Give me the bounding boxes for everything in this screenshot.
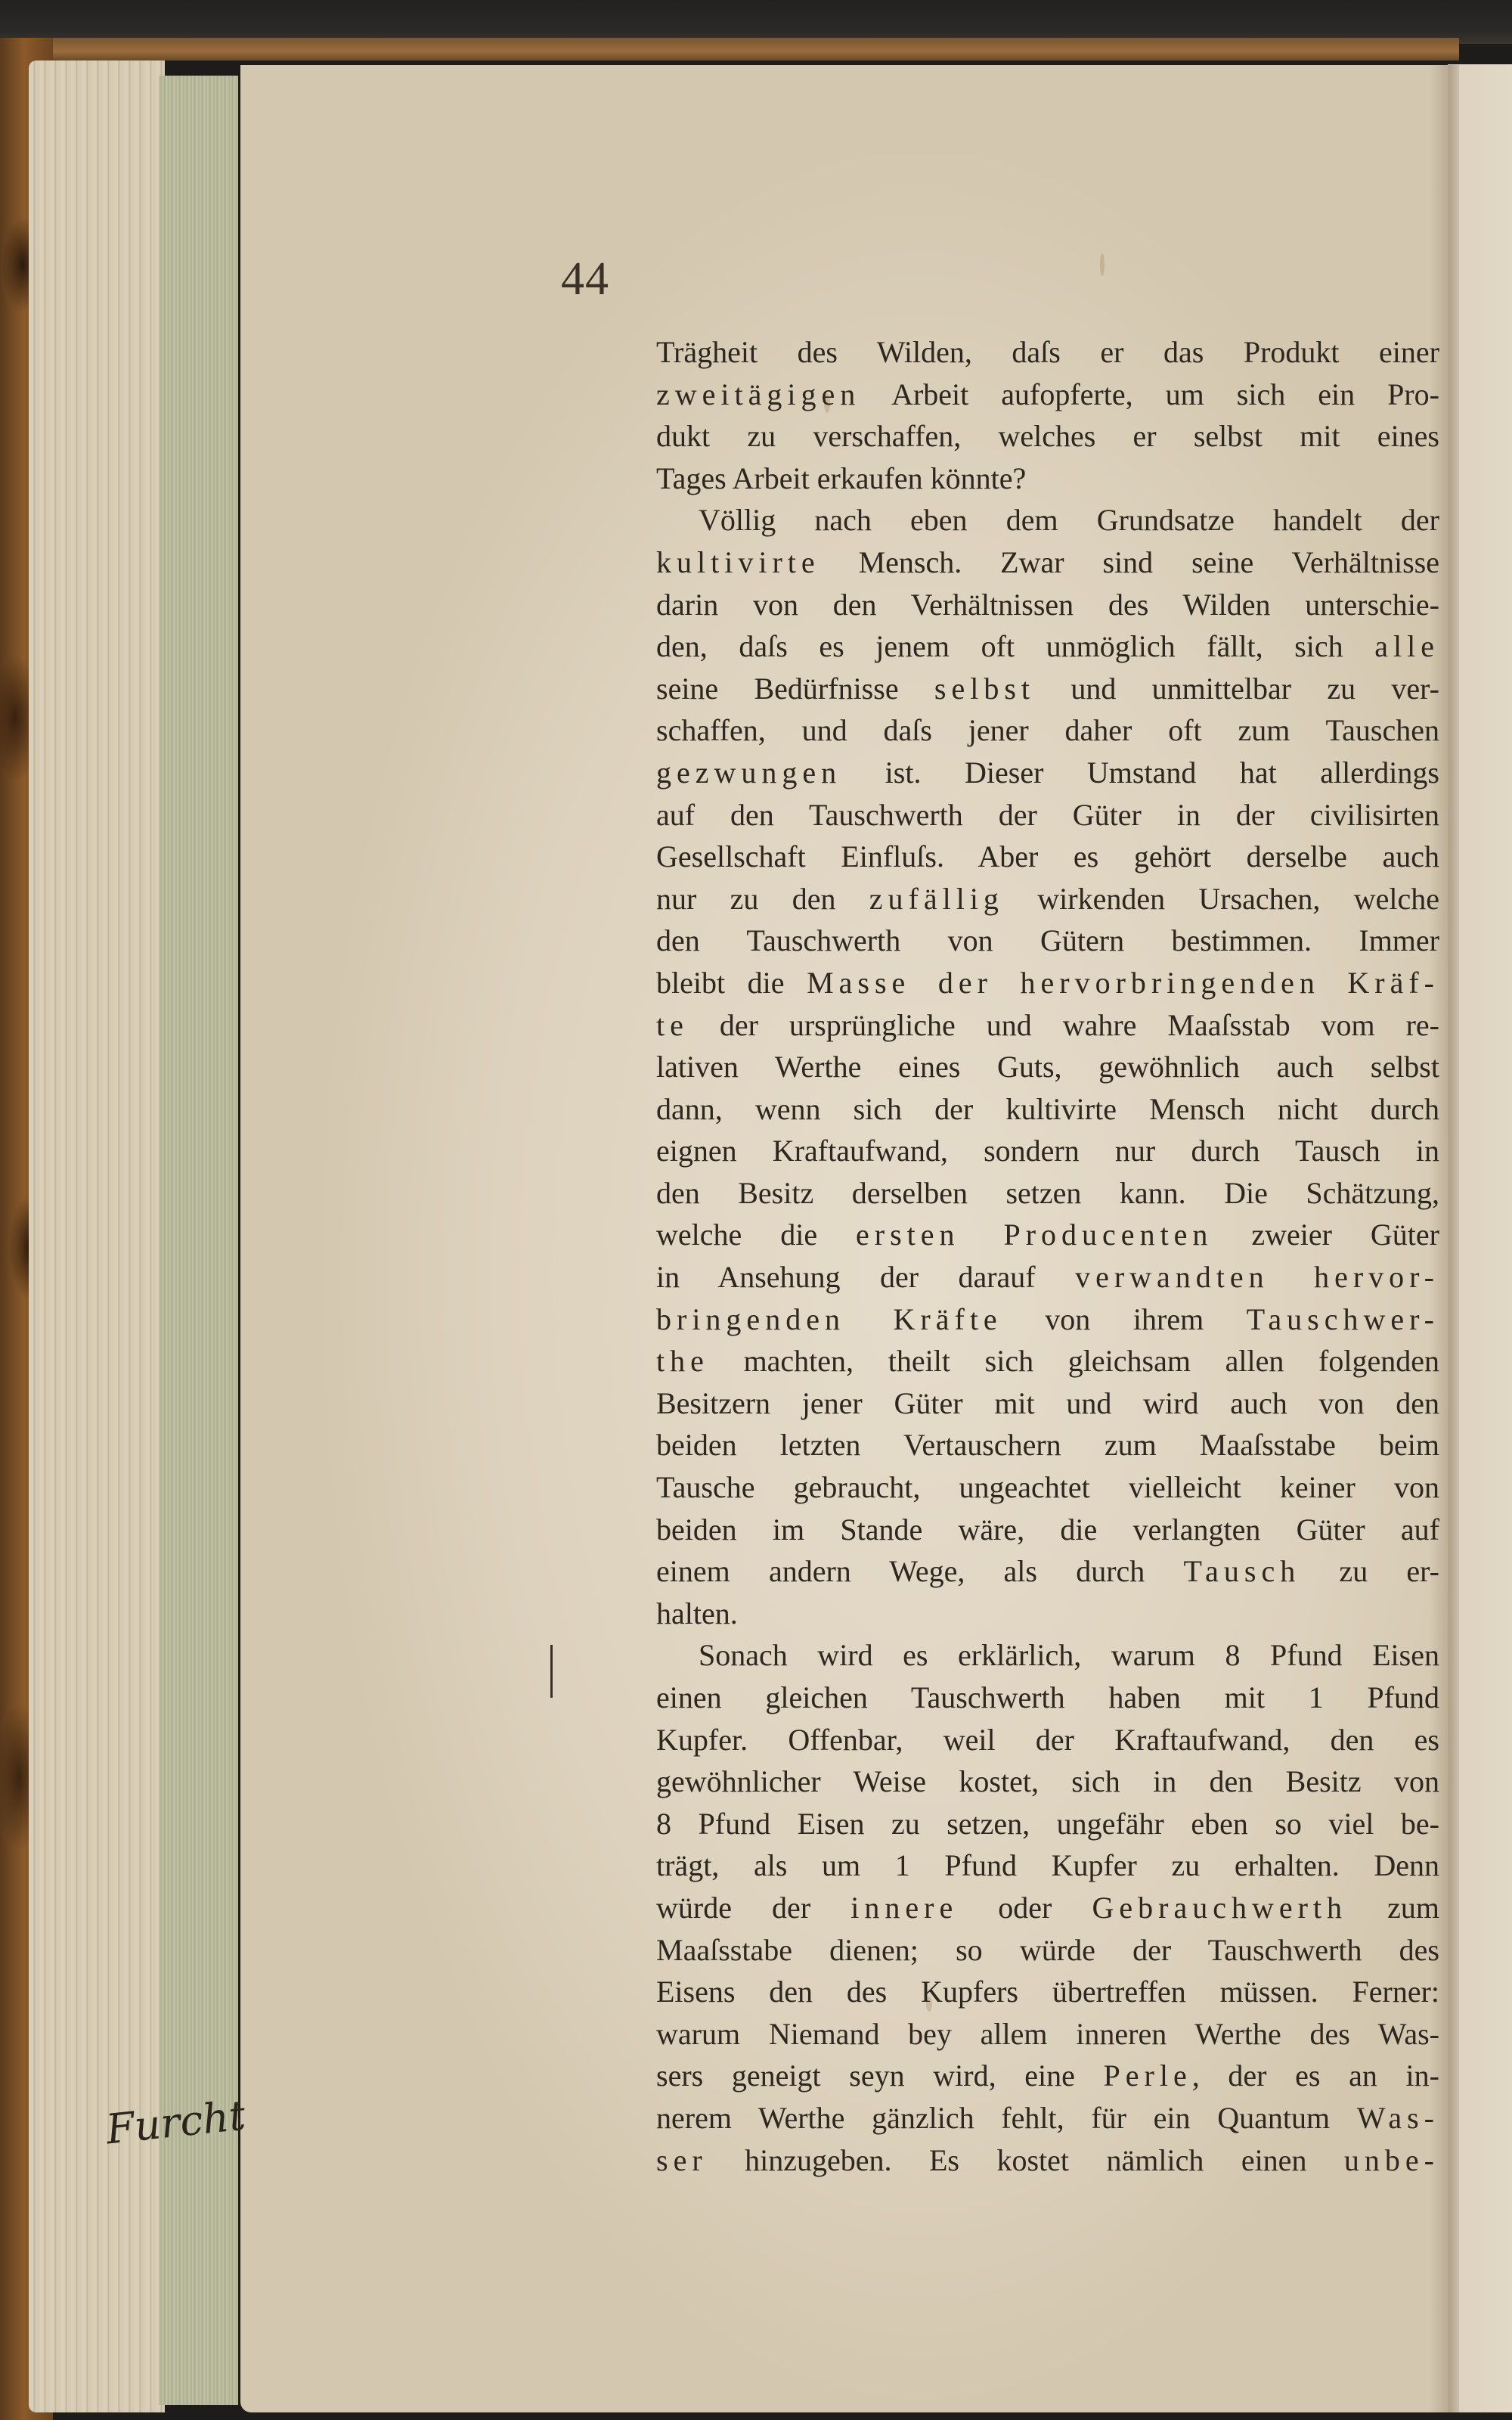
text-line: würde der innere oder Gebrauchwerth zum <box>656 1887 1439 1929</box>
text-segment: , der es an in- <box>1192 2059 1439 2093</box>
text-segment: nur zu den <box>656 882 869 916</box>
text-line: Maaſsstabe dienen; so würde der Tauschwe… <box>656 1929 1439 1972</box>
emphasized-text: Gebrauchwerth <box>1092 1891 1347 1925</box>
text-line: seine Bedürfnisse selbst und unmittelbar… <box>656 668 1439 710</box>
text-segment: Arbeit aufopferte, um sich ein Pro- <box>860 377 1439 411</box>
page-stack-edges <box>29 60 165 2412</box>
text-line: einem andern Wege, als durch Tausch zu e… <box>656 1550 1439 1593</box>
text-segment: zu er- <box>1300 1554 1439 1588</box>
text-segment: von ihrem <box>1002 1302 1247 1336</box>
text-line: beiden letzten Vertauschern zum Maaſssta… <box>656 1424 1439 1466</box>
text-segment: sers geneigt seyn wird, eine <box>656 2059 1104 2093</box>
text-line: Sonach wird es erklärlich, warum 8 Pfund… <box>656 1634 1439 1677</box>
text-line: auf den Tauschwerth der Güter in der civ… <box>656 794 1439 836</box>
text-segment: den, daſs es jenem oft unmöglich fällt, … <box>656 629 1374 663</box>
paper-fleck <box>1100 253 1105 276</box>
text-line: Eisens den des Kupfers übertreffen müsse… <box>656 1971 1439 2013</box>
text-line: den, daſs es jenem oft unmöglich fällt, … <box>656 625 1439 668</box>
text-line: in Ansehung der darauf verwandten hervor… <box>656 1256 1439 1298</box>
text-line: Trägheit des Wilden, daſs er das Produkt… <box>656 331 1439 374</box>
emphasized-text: verwandten hervor- <box>1075 1260 1439 1294</box>
text-segment: seine Bedürfnisse <box>656 672 934 706</box>
text-line: Gesellschaft Einfluſs. Aber es gehört de… <box>656 836 1439 878</box>
green-page-edges <box>159 76 238 2405</box>
text-segment: der ursprüngliche und wahre Maaſsstab vo… <box>689 1008 1439 1042</box>
text-segment: wirkenden Ursachen, welche <box>1004 882 1439 916</box>
text-segment: und unmittelbar zu ver- <box>1035 672 1439 706</box>
text-line: Völlig nach eben dem Grundsatze handelt … <box>656 499 1439 541</box>
text-line: kultivirte Mensch. Zwar sind seine Verhä… <box>656 541 1439 584</box>
emphasized-text: Tauschwer- <box>1247 1302 1439 1336</box>
emphasized-text: alle <box>1374 629 1439 663</box>
text-segment: hinzugeben. Es kostet nämlich einen <box>708 2143 1344 2177</box>
text-line: bleibt die Masse der hervorbringenden Kr… <box>656 962 1439 1004</box>
text-line: dukt zu verschaffen, welches er selbst m… <box>656 415 1439 458</box>
text-line: trägt, als um 1 Pfund Kupfer zu erhalten… <box>656 1844 1439 1887</box>
text-line: Besitzern jener Güter mit und wird auch … <box>656 1382 1439 1425</box>
text-line: bringenden Kräfte von ihrem Tauschwer- <box>656 1298 1439 1341</box>
margin-pencil-mark <box>550 1645 553 1698</box>
text-line: Tages Arbeit erkaufen könnte? <box>656 458 1439 500</box>
book-board-top-edge <box>0 38 1459 60</box>
text-segment: oder <box>958 1891 1092 1925</box>
text-line: darin von den Verhältnissen des Wilden u… <box>656 584 1439 626</box>
text-line: gewöhnlicher Weise kostet, sich in den B… <box>656 1761 1439 1803</box>
text-segment: zum <box>1347 1891 1439 1925</box>
text-segment: zweier Güter <box>1213 1218 1439 1252</box>
text-segment: einem andern Wege, als durch <box>656 1554 1184 1588</box>
text-line: nerem Werthe gänzlich fehlt, für ein Qua… <box>656 2097 1439 2139</box>
text-line: 8 Pfund Eisen zu setzen, ungefähr eben s… <box>656 1803 1439 1845</box>
text-segment: machten, theilt sich gleichsam allen fol… <box>709 1344 1439 1378</box>
emphasized-text: innere <box>850 1891 958 1925</box>
text-line: den Besitz derselben setzen kann. Die Sc… <box>656 1172 1439 1215</box>
emphasized-text: ersten Producenten <box>856 1218 1213 1252</box>
text-segment: nerem Werthe gänzlich fehlt, für ein Qua… <box>656 2101 1357 2135</box>
text-line: den Tauschwerth von Gütern bestimmen. Im… <box>656 920 1439 962</box>
emphasized-text: Tausch <box>1184 1554 1301 1588</box>
text-line: lativen Werthe eines Guts, gewöhnlich au… <box>656 1046 1439 1088</box>
text-segment: bleibt die <box>656 966 807 1000</box>
text-segment: würde der <box>656 1891 850 1925</box>
text-segment: Mensch. Zwar sind seine Verhältnisse <box>820 545 1439 579</box>
emphasized-text: unbe- <box>1344 2143 1439 2177</box>
emphasized-text: gezwungen <box>656 755 841 790</box>
text-line: zweitägigen Arbeit aufopferte, um sich e… <box>656 374 1439 416</box>
emphasized-text: Masse der hervorbringenden Kräf- <box>807 966 1439 1000</box>
text-line: gezwungen ist. Dieser Umstand hat allerd… <box>656 752 1439 794</box>
text-segment: in Ansehung der darauf <box>656 1260 1075 1294</box>
text-line: beiden im Stande wäre, die verlangten Gü… <box>656 1509 1439 1551</box>
text-segment: ist. Dieser Umstand hat allerdings <box>841 755 1439 790</box>
text-line: eignen Kraftaufwand, sondern nur durch T… <box>656 1130 1439 1172</box>
text-line: te der ursprüngliche und wahre Maaſsstab… <box>656 1004 1439 1047</box>
emphasized-text: Perle <box>1104 2059 1192 2093</box>
text-line: einen gleichen Tauschwerth haben mit 1 P… <box>656 1677 1439 1719</box>
text-line: dann, wenn sich der kultivirte Mensch ni… <box>656 1088 1439 1131</box>
page-number: 44 <box>561 253 609 306</box>
text-segment: welche die <box>656 1218 856 1252</box>
text-line: ser hinzugeben. Es kostet nämlich einen … <box>656 2139 1439 2182</box>
emphasized-text: ser <box>656 2143 708 2177</box>
emphasized-text: te <box>656 1008 689 1042</box>
emphasized-text: selbst <box>934 672 1035 706</box>
emphasized-text: zufällig <box>869 882 1004 916</box>
text-line: Tausche gebraucht, ungeachtet vielleicht… <box>656 1466 1439 1509</box>
text-line: Kupfer. Offenbar, weil der Kraftaufwand,… <box>656 1719 1439 1761</box>
text-line: welche die ersten Producenten zweier Güt… <box>656 1214 1439 1256</box>
text-line: warum Niemand bey allem inneren Werthe d… <box>656 2013 1439 2055</box>
emphasized-text: bringenden Kräfte <box>656 1302 1002 1336</box>
emphasized-text: the <box>656 1344 709 1378</box>
text-line: sers geneigt seyn wird, eine Perle, der … <box>656 2055 1439 2097</box>
emphasized-text: zweitägigen <box>656 377 860 411</box>
text-line: halten. <box>656 1593 1439 1635</box>
emphasized-text: Was- <box>1357 2101 1439 2135</box>
text-line: schaffen, und daſs jener daher oft zum T… <box>656 709 1439 752</box>
body-text: Trägheit des Wilden, daſs er das Produkt… <box>656 331 1439 2181</box>
emphasized-text: kultivirte <box>656 545 820 579</box>
text-line: nur zu den zufällig wirkenden Ursachen, … <box>656 878 1439 920</box>
text-line: the machten, theilt sich gleichsam allen… <box>656 1340 1439 1382</box>
